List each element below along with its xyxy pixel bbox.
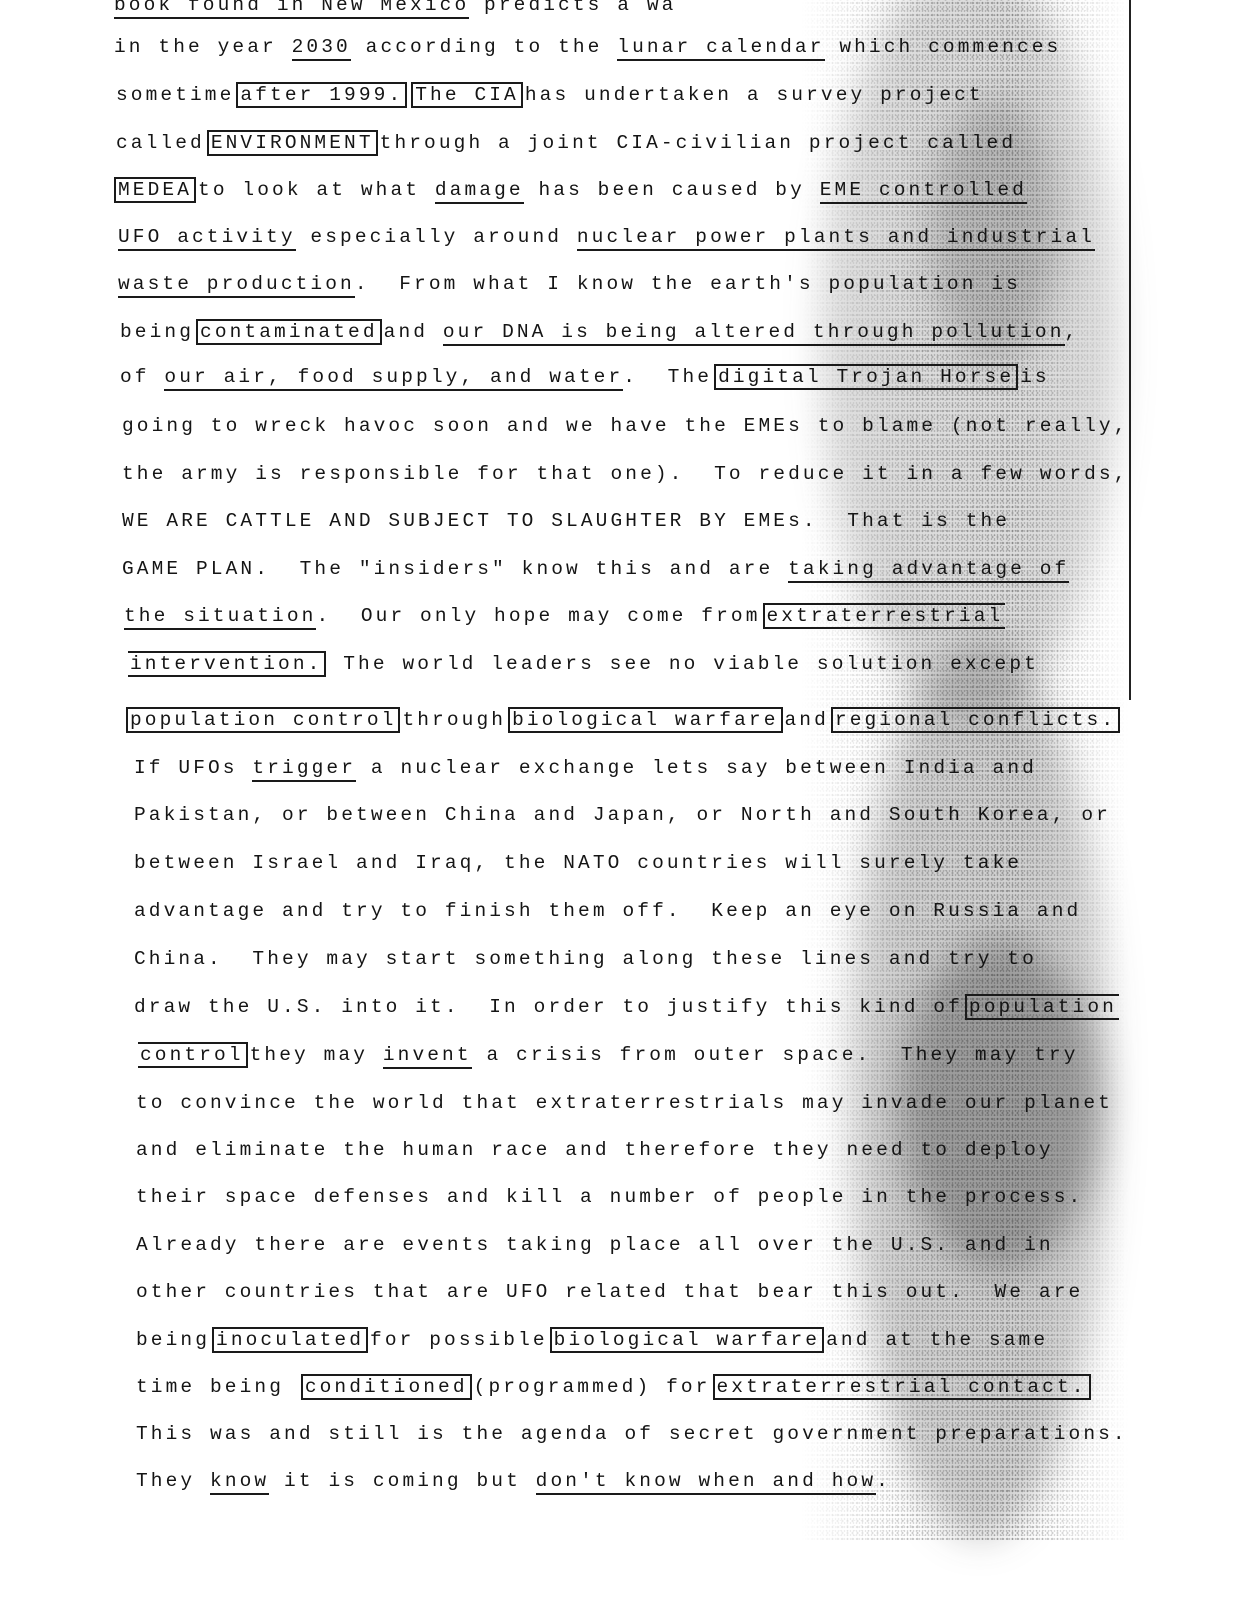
bracketed-phrase: conditioned (301, 1374, 472, 1400)
text-line: to convince the world that extraterrestr… (136, 1090, 1113, 1116)
text-run: through (402, 709, 506, 731)
text-line: China. They may start something along th… (134, 946, 1037, 972)
text-run: has been caused by (524, 179, 820, 201)
underlined-phrase: our DNA is being altered through polluti… (443, 321, 1065, 346)
text-line: This was and still is the agenda of secr… (136, 1421, 1128, 1447)
text-run: the army is responsible for that one). T… (122, 463, 1129, 485)
text-line: between Israel and Iraq, the NATO countr… (134, 850, 1022, 876)
text-run: has undertaken a survey project (525, 84, 984, 106)
text-line: UFO activity especially around nuclear p… (118, 224, 1095, 250)
text-run: according to the (351, 36, 617, 58)
text-run: They (136, 1470, 210, 1492)
text-run: sometime (116, 84, 234, 106)
text-run: and (785, 709, 829, 731)
underlined-phrase: trigger (252, 757, 356, 782)
text-run: especially around (296, 226, 577, 248)
bracketed-phrase: contaminated (196, 319, 382, 345)
margin-rule-line (1129, 0, 1131, 700)
text-line: the situation. Our only hope may come fr… (124, 603, 1007, 629)
bracketed-phrase: population (965, 994, 1119, 1020)
bracketed-phrase: after 1999. (236, 82, 407, 108)
text-line: population controlthroughbiological warf… (124, 707, 1122, 733)
text-line: draw the U.S. into it. In order to justi… (134, 994, 1121, 1020)
text-run: being (136, 1329, 210, 1351)
text-run: China. They may start something along th… (134, 948, 1037, 970)
text-run: If UFOs (134, 757, 252, 779)
underlined-phrase: don't know when and how (536, 1470, 876, 1495)
text-run: GAME PLAN. The "insiders" know this and … (122, 558, 788, 580)
text-line: calledENVIRONMENTthrough a joint CIA-civ… (116, 130, 1016, 156)
text-run: being (120, 321, 194, 343)
text-run: . The (623, 366, 712, 388)
text-line: going to wreck havoc soon and we have th… (122, 413, 1129, 439)
underlined-phrase: lunar calendar (617, 36, 824, 61)
text-run: to look at what (198, 179, 435, 201)
text-run: and (384, 321, 443, 343)
text-run: of (120, 366, 164, 388)
underlined-phrase: EME controlled (820, 179, 1027, 204)
text-run: This was and still is the agenda of secr… (136, 1423, 1128, 1445)
text-line: other countries that are UFO related tha… (136, 1279, 1083, 1305)
text-line: They know it is coming but don't know wh… (136, 1468, 891, 1494)
text-line: sometimeafter 1999.The CIAhas undertaken… (116, 82, 984, 108)
text-line: MEDEAto look at what damage has been cau… (112, 177, 1027, 203)
text-run: The world leaders see no viable solution… (328, 653, 1039, 675)
text-run: it is coming but (269, 1470, 535, 1492)
text-line: waste production. From what I know the e… (118, 271, 1021, 297)
underlined-phrase: UFO activity (118, 226, 296, 251)
text-run: between Israel and Iraq, the NATO countr… (134, 852, 1022, 874)
bracketed-phrase: regional conflicts. (831, 707, 1120, 733)
bracketed-phrase: biological warfare (550, 1327, 824, 1353)
bracketed-phrase: The CIA (411, 82, 523, 108)
underlined-phrase: know (210, 1470, 269, 1495)
text-run: and at the same (826, 1329, 1048, 1351)
underlined-phrase: nuclear power plants and industrial (577, 226, 1095, 251)
underlined-phrase: the situation (124, 605, 316, 630)
text-run: a nuclear exchange lets say between Indi… (356, 757, 1037, 779)
text-run: called (116, 132, 205, 154)
text-run: Already there are events taking place al… (136, 1234, 1054, 1256)
text-line: in the year 2030 according to the lunar … (114, 34, 1061, 60)
text-run: to convince the world that extraterrestr… (136, 1092, 1113, 1114)
text-line: of our air, food supply, and water. Thed… (120, 364, 1050, 390)
bracketed-phrase: ENVIRONMENT (207, 130, 378, 156)
text-run: Pakistan, or between China and Japan, or… (134, 804, 1111, 826)
text-line: controlthey may invent a crisis from out… (136, 1042, 1079, 1068)
text-run: draw the U.S. into it. In order to justi… (134, 996, 963, 1018)
bracketed-phrase: population control (126, 707, 400, 733)
text-run: . (876, 1470, 891, 1492)
bracketed-phrase: extraterrestrial contact. (713, 1374, 1091, 1400)
text-line: GAME PLAN. The "insiders" know this and … (122, 556, 1069, 582)
text-line: and eliminate the human race and therefo… (136, 1137, 1054, 1163)
text-line: beingcontaminatedand our DNA is being al… (120, 319, 1079, 345)
text-run: , (1065, 321, 1080, 343)
text-run: for possible (370, 1329, 548, 1351)
text-line: Pakistan, or between China and Japan, or… (134, 802, 1111, 828)
text-run: predicts a wa (469, 0, 676, 16)
text-line: If UFOs trigger a nuclear exchange lets … (134, 755, 1037, 781)
bracketed-phrase: biological warfare (508, 707, 782, 733)
bracketed-phrase: intervention. (128, 651, 326, 677)
text-run: WE ARE CATTLE AND SUBJECT TO SLAUGHTER B… (122, 510, 1010, 532)
text-run: other countries that are UFO related tha… (136, 1281, 1083, 1303)
text-run: going to wreck havoc soon and we have th… (122, 415, 1129, 437)
underlined-phrase: 2030 (292, 36, 351, 61)
text-line: the army is responsible for that one). T… (122, 461, 1129, 487)
text-run: time being (136, 1376, 299, 1398)
bracketed-phrase: control (138, 1042, 248, 1068)
underlined-phrase: our air, food supply, and water (164, 366, 623, 391)
text-run: and eliminate the human race and therefo… (136, 1139, 1054, 1161)
text-line: beinginoculatedfor possiblebiological wa… (136, 1327, 1048, 1353)
bracketed-phrase: extraterrestrial (763, 603, 1006, 629)
bracketed-phrase: digital Trojan Horse (714, 364, 1018, 390)
underlined-phrase: invent (383, 1044, 472, 1069)
text-line: advantage and try to finish them off. Ke… (134, 898, 1081, 924)
text-run: they may (250, 1044, 383, 1066)
text-line: WE ARE CATTLE AND SUBJECT TO SLAUGHTER B… (122, 508, 1010, 534)
text-run: . From what I know the earth's populatio… (355, 273, 1021, 295)
underlined-phrase: damage (435, 179, 524, 204)
text-line: intervention. The world leaders see no v… (126, 651, 1039, 677)
bracketed-phrase: inoculated (212, 1327, 368, 1353)
text-run: in the year (114, 36, 292, 58)
text-line: time being conditioned(programmed) forex… (136, 1374, 1093, 1400)
underlined-phrase: taking advantage of (788, 558, 1069, 583)
text-run: through a joint CIA-civilian project cal… (380, 132, 1016, 154)
underlined-phrase: book found in New Mexico (114, 0, 469, 19)
bracketed-phrase: MEDEA (114, 177, 196, 203)
underlined-phrase: waste production (118, 273, 355, 298)
text-line: Already there are events taking place al… (136, 1232, 1054, 1258)
text-line: their space defenses and kill a number o… (136, 1184, 1083, 1210)
document-page: book found in New Mexico predicts a wain… (0, 0, 1236, 1599)
text-run: a crisis from outer space. They may try (472, 1044, 1079, 1066)
text-run: advantage and try to finish them off. Ke… (134, 900, 1081, 922)
text-run: (programmed) for (474, 1376, 711, 1398)
text-run: their space defenses and kill a number o… (136, 1186, 1083, 1208)
text-line: book found in New Mexico predicts a wa (114, 0, 676, 18)
text-run: . Our only hope may come from (316, 605, 760, 627)
text-run: is (1020, 366, 1050, 388)
text-run: which commences (825, 36, 1062, 58)
